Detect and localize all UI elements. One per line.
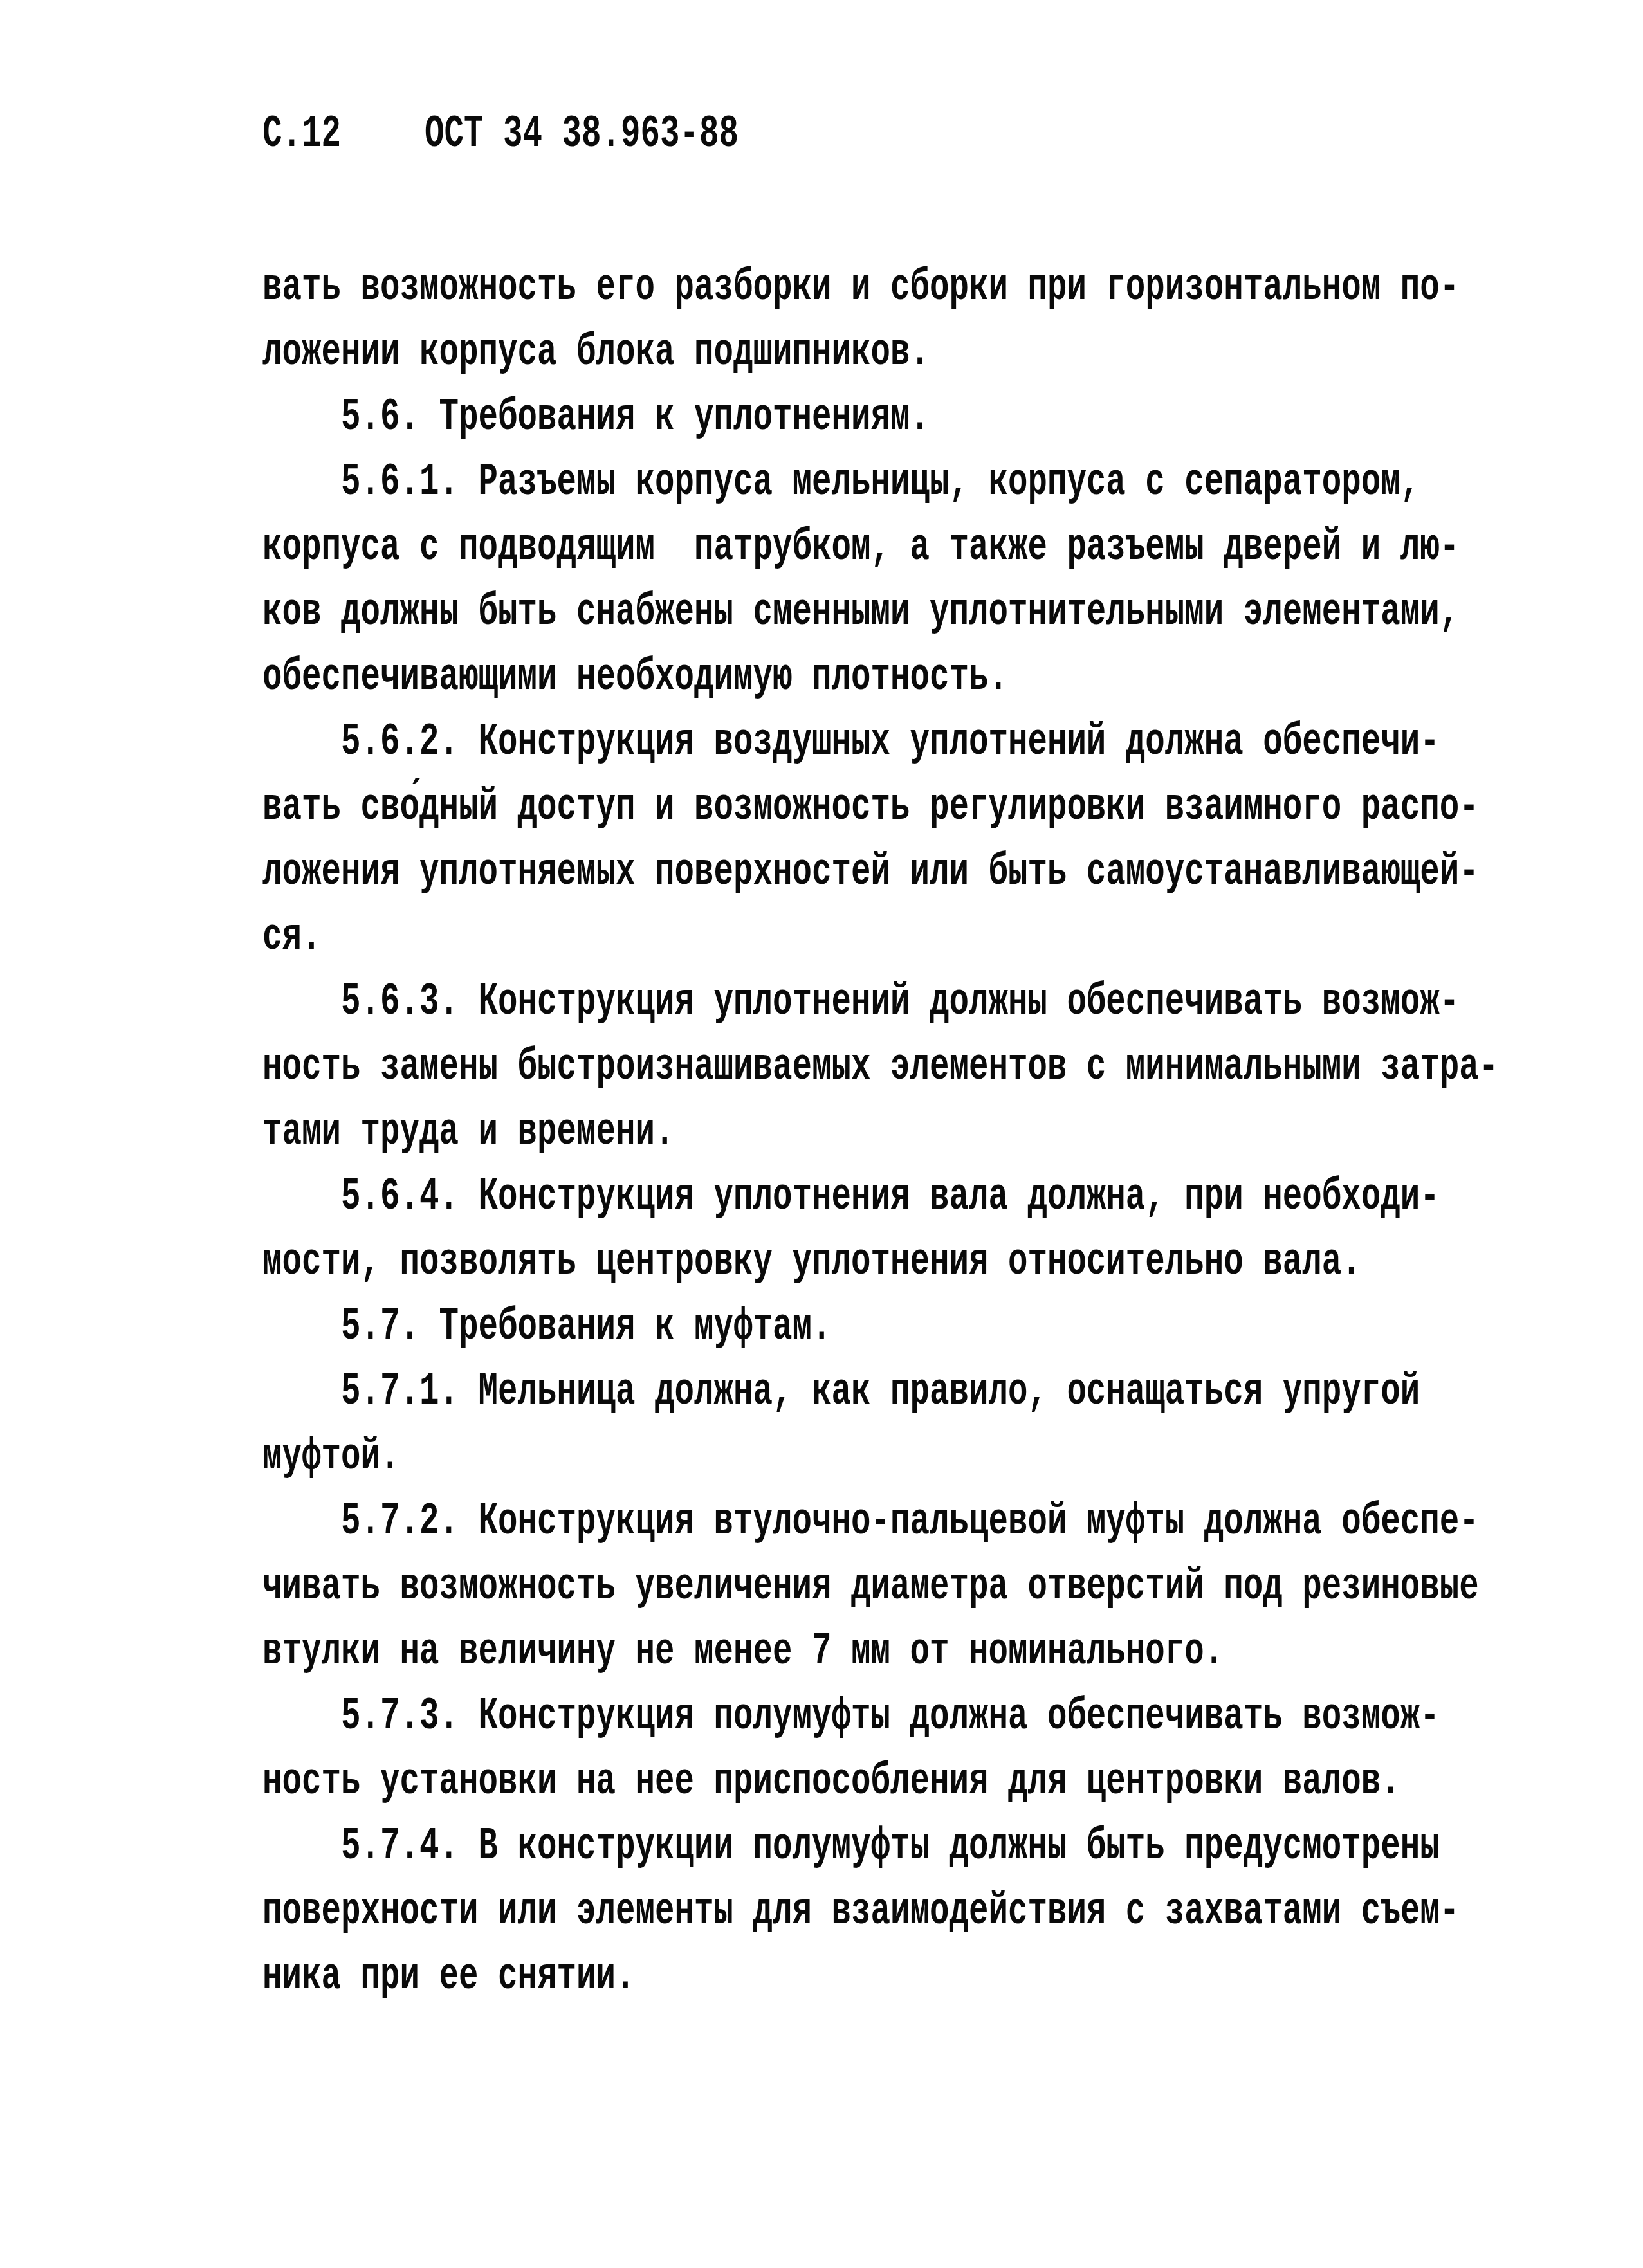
document-body-text: вать возможность его разборки и сборки п… — [262, 255, 1643, 2009]
text-line: мости, позволять центровку уплотнения от… — [262, 1230, 1643, 1295]
text-line: ность замены быстроизнашиваемых элементо… — [262, 1035, 1643, 1100]
text-line: 5.6.1. Разъемы корпуса мельницы, корпуса… — [262, 450, 1643, 515]
text-line: вать возможность его разборки и сборки п… — [262, 255, 1643, 320]
text-line: 5.7.1. Мельница должна, как правило, осн… — [262, 1360, 1643, 1425]
text-line: ков должны быть снабжены сменными уплотн… — [262, 580, 1643, 645]
text-line: 5.7. Требования к муфтам. — [262, 1295, 1643, 1360]
text-line: тами труда и времени. — [262, 1100, 1643, 1165]
text-line: ность установки на нее приспособления дл… — [262, 1750, 1643, 1815]
text-line: чивать возможность увеличения диаметра о… — [262, 1555, 1643, 1620]
text-line: 5.6.2. Конструкция воздушных уплотнений … — [262, 710, 1643, 775]
text-line: ложении корпуса блока подшипников. — [262, 320, 1643, 385]
page-header: С.12 ОСТ 34 38.963-88 — [262, 102, 739, 167]
text-line: 5.6.4. Конструкция уплотнения вала должн… — [262, 1165, 1643, 1230]
text-line: обеспечивающими необходимую плотность. — [262, 645, 1643, 710]
page-number: С.12 — [262, 102, 341, 167]
text-line: втулки на величину не менее 7 мм от номи… — [262, 1620, 1643, 1685]
text-line: корпуса с подводящим патрубком, а также … — [262, 515, 1643, 580]
text-line: муфтой. — [262, 1425, 1643, 1490]
text-line: 5.7.4. В конструкции полумуфты должны бы… — [262, 1815, 1643, 1879]
text-line: поверхности или элементы для взаимодейст… — [262, 1879, 1643, 1944]
text-line: 5.6. Требования к уплотнениям. — [262, 385, 1643, 450]
text-line: ника при ее снятии. — [262, 1944, 1643, 2009]
text-line: 5.7.2. Конструкция втулочно-пальцевой му… — [262, 1490, 1643, 1555]
text-line: вать сво́дный доступ и возможность регул… — [262, 775, 1643, 840]
text-line: 5.7.3. Конструкция полумуфты должна обес… — [262, 1685, 1643, 1750]
text-line: 5.6.3. Конструкция уплотнений должны обе… — [262, 970, 1643, 1035]
scanned-document-page: С.12 ОСТ 34 38.963-88 вать возможность е… — [0, 0, 1643, 2268]
standard-number: ОСТ 34 38.963-88 — [425, 102, 739, 167]
text-line: ся. — [262, 905, 1643, 970]
text-line: ложения уплотняемых поверхностей или быт… — [262, 840, 1643, 905]
